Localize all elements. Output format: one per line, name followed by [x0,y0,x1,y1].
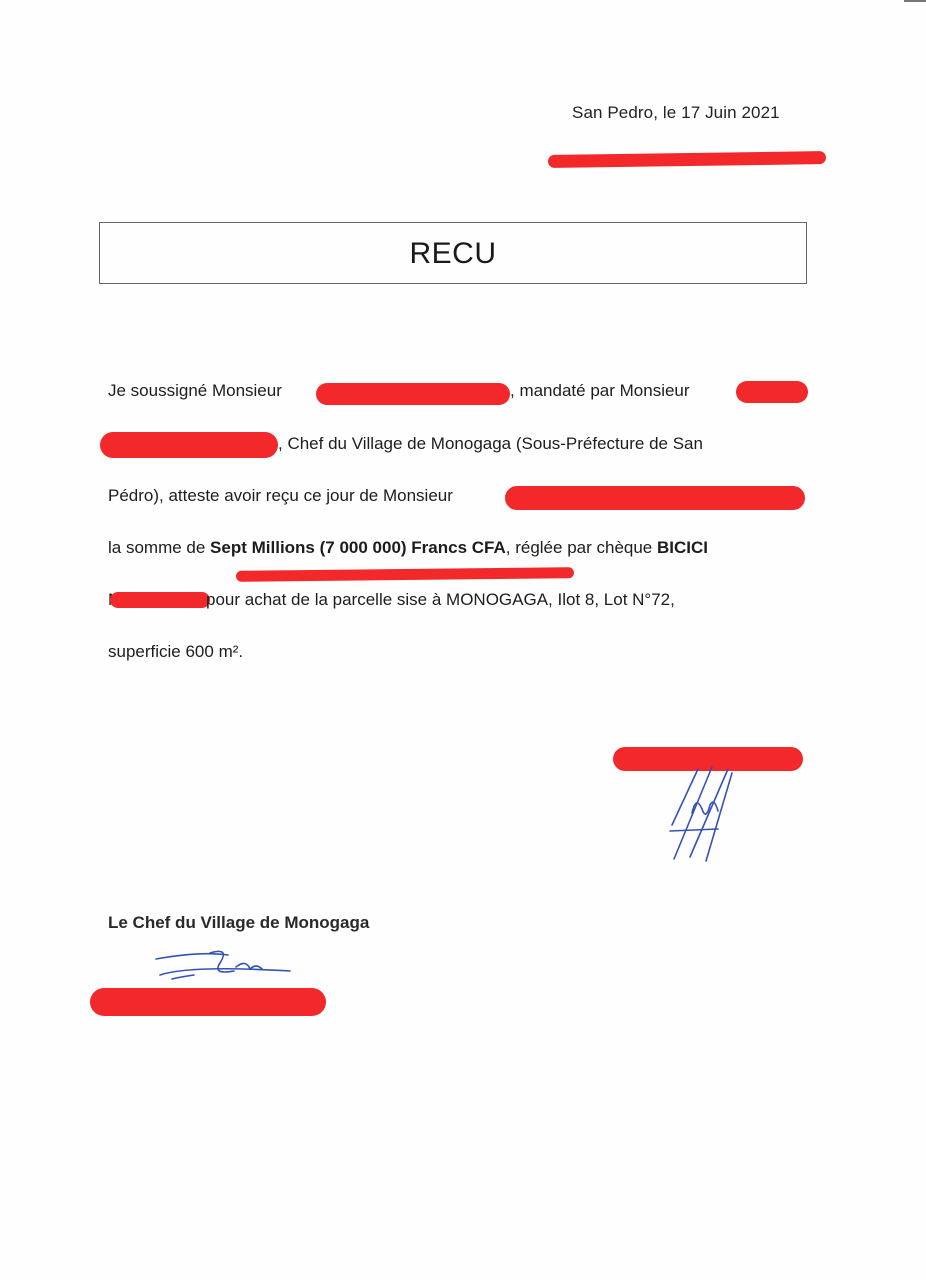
body-text: Je soussigné Monsieur [108,381,282,400]
body-line-5b: pour achat de la parcelle sise à MONOGAG… [206,590,675,610]
body-text: , réglée par chèque [506,538,657,557]
redaction-mark [110,592,210,608]
redaction-mark [236,567,574,582]
body-text: , Chef du Village de Monogaga (Sous-Préf… [278,434,703,453]
document-title: RECU [100,237,806,271]
redaction-mark [548,151,826,168]
receipt-page: San Pedro, le 17 Juin 2021 RECU Je souss… [0,0,926,1280]
signature-mark [660,765,750,865]
signature-mark [150,945,300,985]
redaction-mark [316,383,510,405]
redaction-mark [100,432,278,458]
title-box: RECU [99,222,807,284]
body-text: pour achat de la parcelle sise à MONOGAG… [206,590,675,609]
redaction-mark [505,486,805,510]
date-line: San Pedro, le 17 Juin 2021 [572,103,780,123]
body-text: la somme de [108,538,210,557]
redaction-mark [736,381,808,403]
bank-name: BICICI [657,538,708,557]
signatory-label: Le Chef du Village de Monogaga [108,913,369,933]
redaction-mark [90,988,326,1016]
body-text: Pédro), atteste avoir reçu ce jour de Mo… [108,486,453,505]
body-line-4: la somme de Sept Millions (7 000 000) Fr… [108,538,708,558]
body-line-3: Pédro), atteste avoir reçu ce jour de Mo… [108,486,453,506]
body-text: , mandaté par Monsieur [510,381,690,400]
body-line-1b: , mandaté par Monsieur [510,381,690,401]
body-line-6: superficie 600 m². [108,642,243,662]
body-line-2: , Chef du Village de Monogaga (Sous-Préf… [278,434,703,454]
body-line-1: Je soussigné Monsieur [108,381,282,401]
body-text: superficie 600 m². [108,642,243,661]
amount-text: Sept Millions (7 000 000) Francs CFA [210,538,506,557]
page-corner [904,0,926,2]
